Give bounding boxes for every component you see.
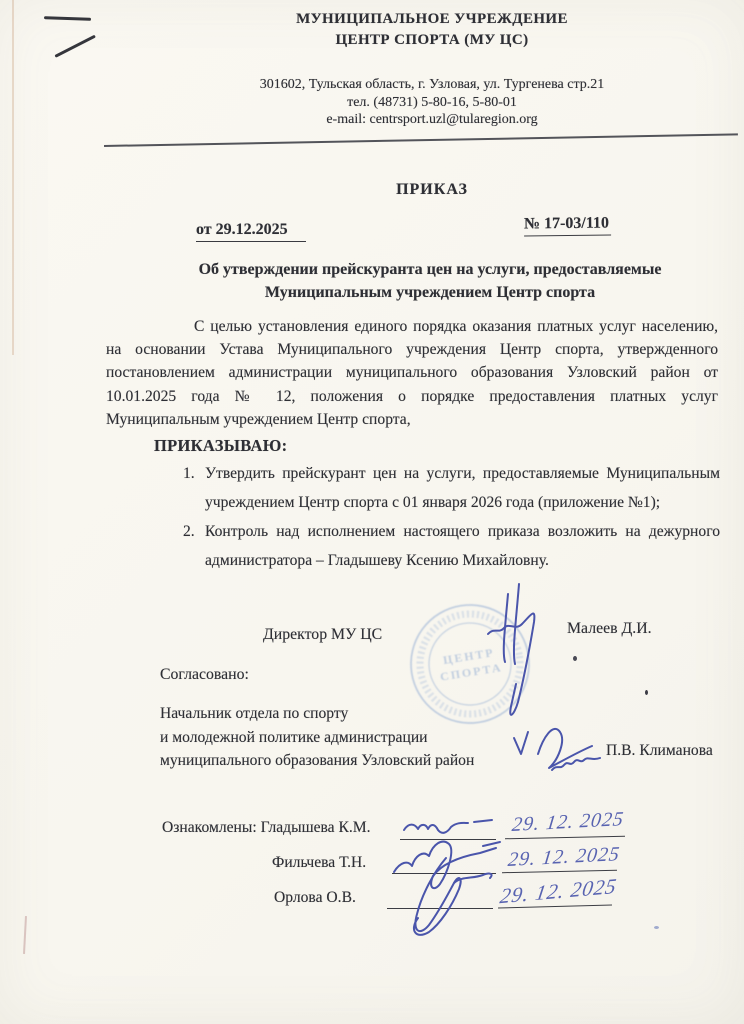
scanned-order-document: МУНИЦИПАЛЬНОЕ УЧРЕЖДЕНИЕ ЦЕНТР СПОРТА (М… [0,0,744,1024]
ack-name-3: Орлова О.В. [274,889,356,907]
ink-speck [573,656,577,661]
subject-line1: Об утверждении прейскуранта цен на услуг… [140,258,720,281]
item-text: Утвердить прейскурант цен на услуги, пре… [205,459,720,517]
ack-name-1: Гладышева К.М. [261,819,371,836]
doc-type-title: ПРИКАЗ [122,181,742,199]
order-preamble: С целью установления единого порядка ока… [106,315,718,431]
order-date: от 29.12.2025 [196,221,306,242]
pen-scribble-mark [54,35,95,58]
order-item-2: 2. Контроль над исполнением настоящего п… [183,517,720,575]
handwritten-date-1: 29. 12. 2025 [511,808,626,837]
ack-row-1: Ознакомлены: Гладышева К.М. [162,819,371,837]
order-number: № 17-03/110 [524,215,611,237]
ink-speck [654,926,659,929]
org-name-line2: ЦЕНТР СПОРТА (МУ ЦС) [122,30,742,51]
item-number: 2. [183,517,205,575]
director-title: Директор МУ ЦС [263,626,382,644]
approver-title: Начальник отдела по спорту и молодежной … [160,702,474,773]
command-heading: ПРИКАЗЫВАЮ: [154,436,287,456]
ink-speck [645,690,648,695]
scan-edge-line [23,916,27,954]
letterhead-org-name: МУНИЦИПАЛЬНОЕ УЧРЕЖДЕНИЕ ЦЕНТР СПОРТА (М… [122,9,742,51]
ack-signature-ink-3 [382,852,527,947]
org-name-line1: МУНИЦИПАЛЬНОЕ УЧРЕЖДЕНИЕ [122,9,742,30]
order-items-list: 1. Утвердить прейскурант цен на услуги, … [183,459,720,575]
order-item-1: 1. Утвердить прейскурант цен на услуги, … [183,459,720,517]
subject-line2: Муниципальным учреждением Центр спорта [140,281,720,304]
ack-name-2: Фильчева Т.Н. [272,854,366,872]
item-number: 1. [183,459,205,517]
order-subject: Об утверждении прейскуранта цен на услуг… [140,258,720,304]
approver-name: П.В. Климанова [606,742,713,760]
item-text: Контроль над исполнением настоящего прик… [205,517,720,575]
scan-edge-line [12,0,14,355]
letterhead-contacts: 301602, Тульская область, г. Узловая, ул… [122,76,742,129]
pen-scribble-mark [44,16,91,21]
org-address: 301602, Тульская область, г. Узловая, ул… [122,76,742,94]
ack-label: Ознакомлены: [162,819,257,836]
approver-title-line2: и молодежной политике администрации [160,726,474,750]
director-name: Малеев Д.И. [567,620,652,638]
org-email: e-mail: centrsport.uzl@tularegion.org [122,111,742,129]
org-phone: тел. (48731) 5-80-16, 5-80-01 [122,94,742,112]
approver-title-line1: Начальник отдела по спорту [160,702,474,726]
approver-title-line3: муниципального образования Узловский рай… [160,749,474,773]
header-divider [104,133,738,147]
agreed-label: Согласовано: [160,666,249,684]
